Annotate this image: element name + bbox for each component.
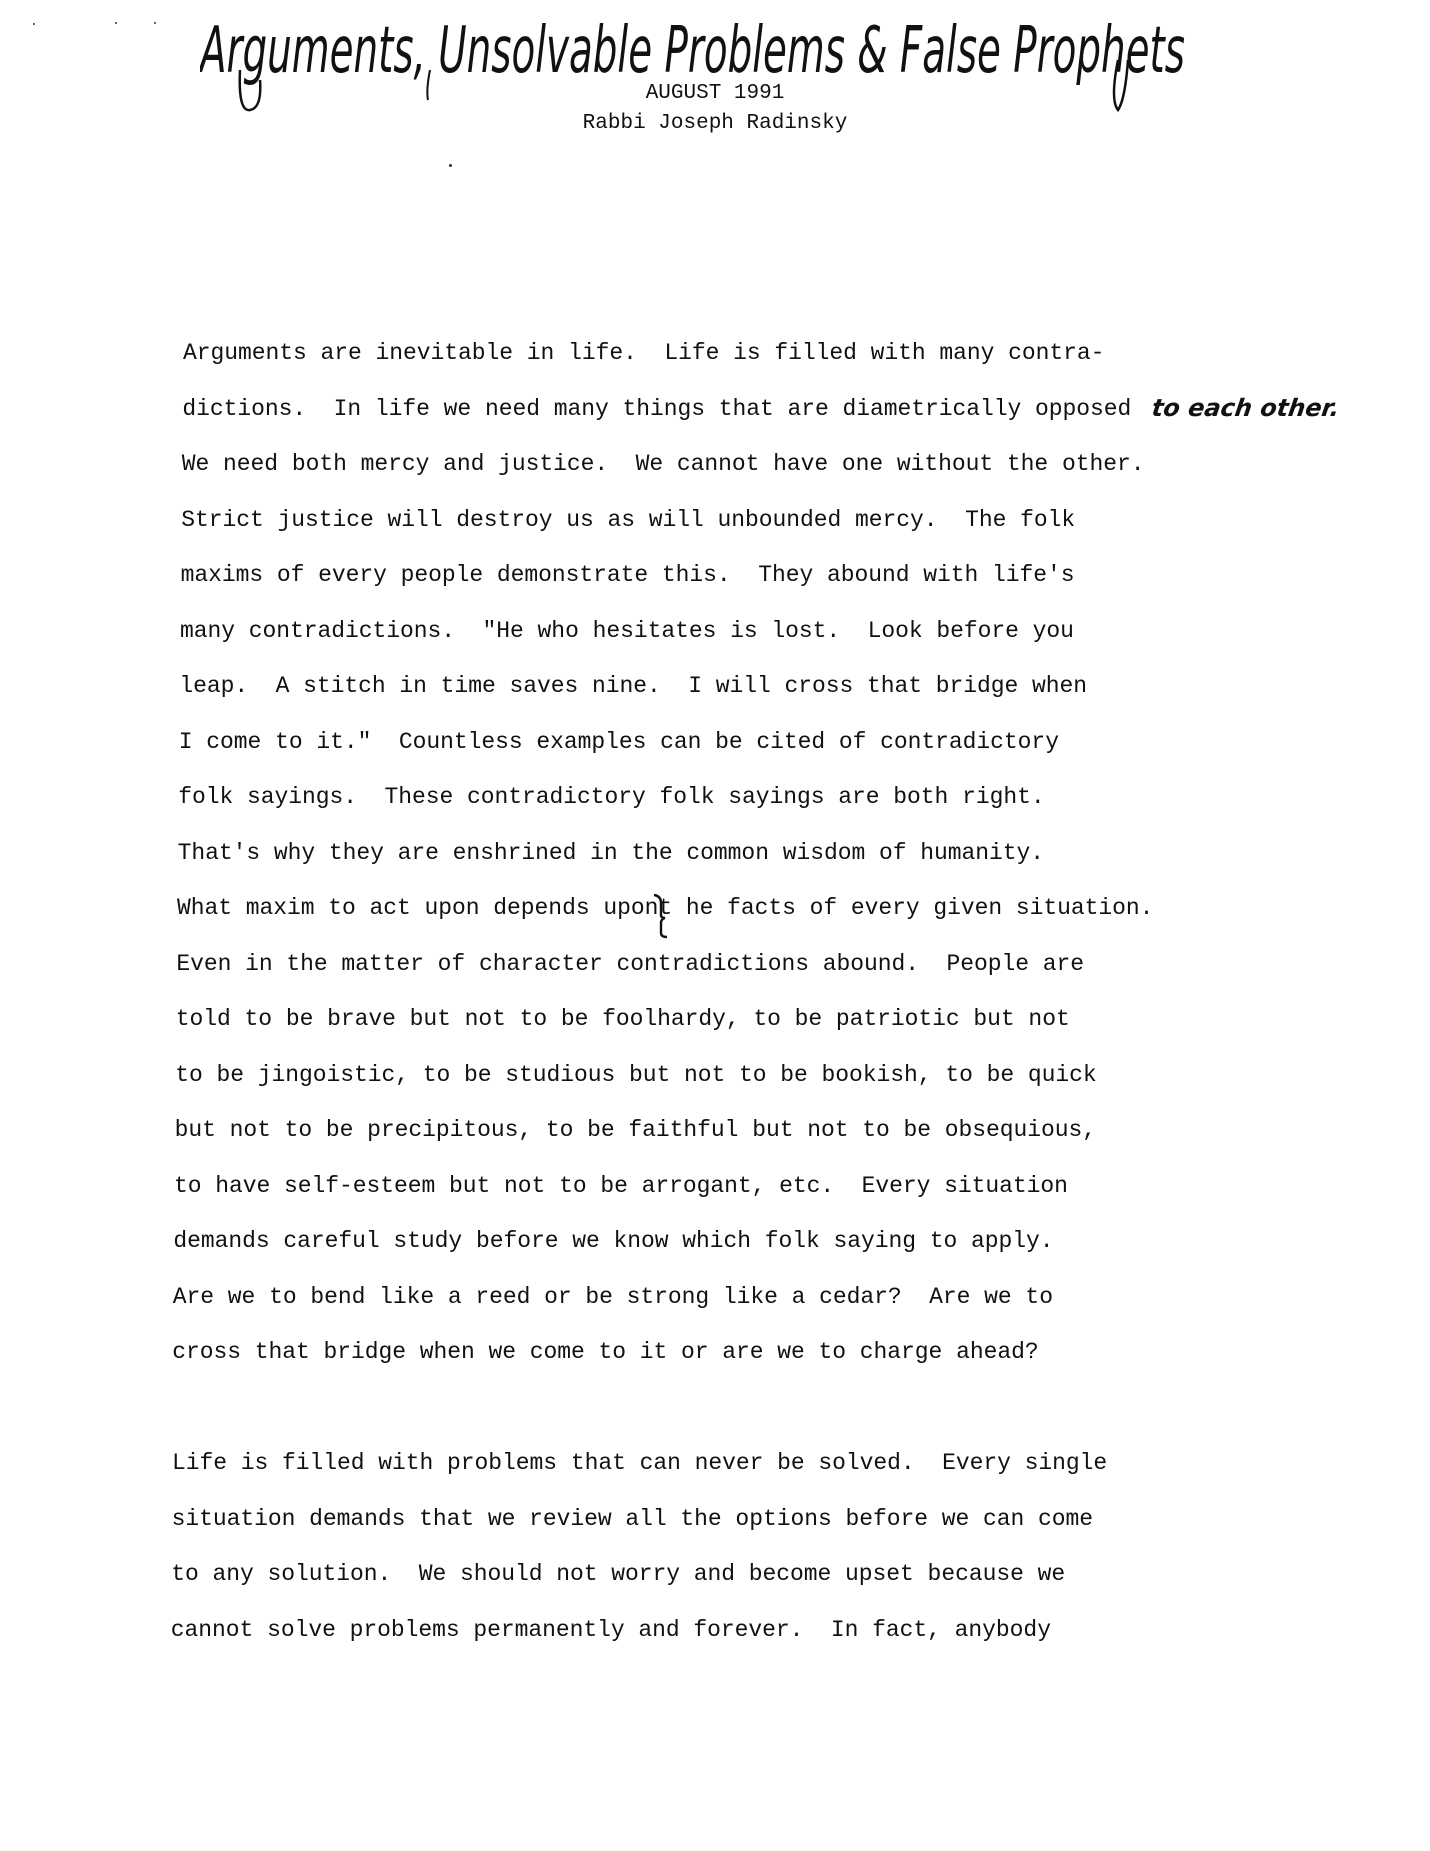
text-line: to have self-esteem but not to be arroga… (174, 1173, 1068, 1199)
text-line: I come to it." Countless examples can be… (179, 729, 1059, 755)
correction-bracket-mark (651, 893, 669, 939)
scan-speck (115, 22, 117, 24)
scan-speck (33, 23, 35, 25)
document-date: AUGUST 1991 (0, 82, 1430, 106)
text-line: but not to be precipitous, to be faithfu… (175, 1117, 1096, 1143)
text-line: We need both mercy and justice. We canno… (182, 451, 1145, 477)
text-line: to be jingoistic, to be studious but not… (175, 1062, 1096, 1088)
text-line: Strict justice will destroy us as will u… (181, 507, 1075, 533)
text-line: cross that bridge when we come to it or … (172, 1339, 1038, 1365)
text-line: leap. A stitch in time saves nine. I wil… (179, 673, 1087, 699)
document-page: Arguments, Unsolvable Problems & False P… (0, 0, 1430, 1851)
text-line: That's why they are enshrined in the com… (178, 840, 1044, 866)
document-author: Rabbi Joseph Radinsky (0, 112, 1430, 136)
text-line: maxims of every people demonstrate this.… (181, 562, 1075, 588)
handwritten-insert: to each other. (1150, 394, 1341, 422)
text-line: Are we to bend like a reed or be strong … (173, 1284, 1053, 1310)
text-line: dictions. In life we need many things th… (182, 396, 1131, 422)
scan-speck (449, 164, 452, 167)
text-line: Life is filled with problems that can ne… (172, 1450, 1107, 1476)
scan-speck (154, 22, 156, 24)
text-line: many contradictions. "He who hesitates i… (180, 618, 1074, 644)
text-line: situation demands that we review all the… (172, 1506, 1093, 1532)
text-line: told to be brave but not to be foolhardy… (176, 1006, 1070, 1032)
text-line: to any solution. We should not worry and… (171, 1561, 1065, 1587)
text-line: folk sayings. These contradictory folk s… (178, 784, 1044, 810)
text-line: Even in the matter of character contradi… (176, 951, 1084, 977)
text-line: cannot solve problems permanently and fo… (171, 1617, 1051, 1643)
text-line: demands careful study before we know whi… (173, 1228, 1053, 1254)
text-line: Arguments are inevitable in life. Life i… (183, 340, 1104, 366)
handwritten-title-text: Arguments, Unsolvable Problems & False P… (200, 14, 1185, 88)
